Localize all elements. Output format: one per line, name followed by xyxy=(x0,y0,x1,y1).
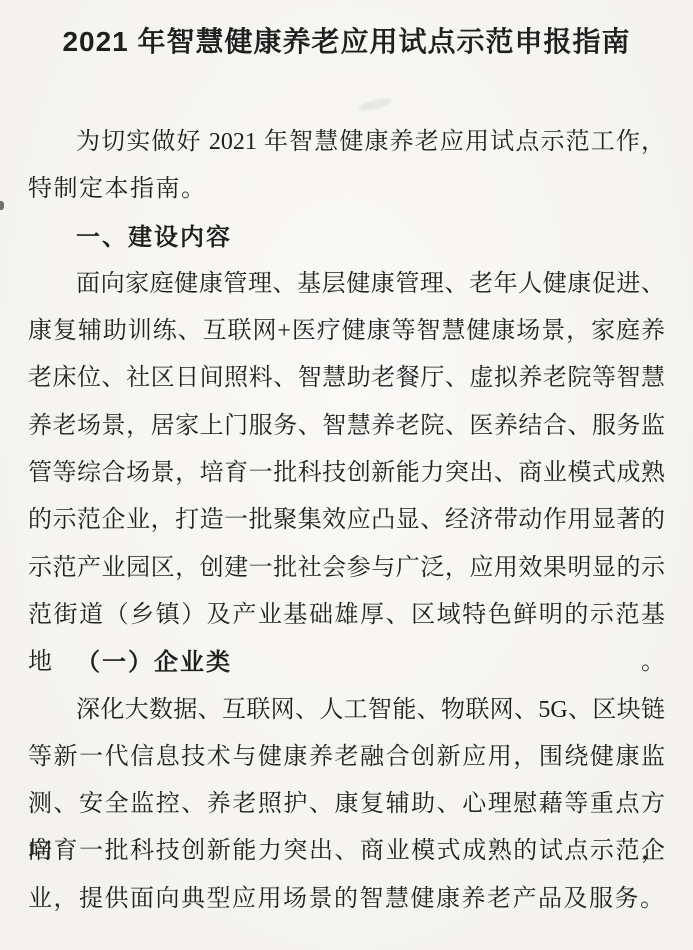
section-1-line-4: 养老场景，居家上门服务、智慧养老院、医养结合、服务监 xyxy=(28,403,665,450)
subsection-1-line-5: 业，提供面向典型应用场景的智慧健康养老产品及服务。 xyxy=(28,876,665,923)
section-1-line-5: 管等综合场景，培育一批科技创新能力突出、商业模式成熟 xyxy=(28,450,665,497)
section-1-heading: 一、建设内容 xyxy=(28,214,665,261)
scan-smudge-artifact xyxy=(357,96,392,113)
subsection-1-line-4: 培育一批科技创新能力突出、商业模式成熟的试点示范企 xyxy=(28,828,665,875)
section-1-line-6: 的示范企业，打造一批聚集效应凸显、经济带动作用显著的 xyxy=(28,497,665,544)
document-body: 为切实做好 2021 年智慧健康养老应用试点示范工作， 特制定本指南。 一、建设… xyxy=(28,119,665,923)
subsection-1-line-3: 测、安全监控、养老照护、康复辅助、心理慰藉等重点方向， xyxy=(28,781,665,828)
intro-line-1: 为切实做好 2021 年智慧健康养老应用试点示范工作， xyxy=(28,119,665,166)
subsection-1-line-1: 深化大数据、互联网、人工智能、物联网、5G、区块链 xyxy=(28,687,665,734)
section-1-line-7: 示范产业园区，创建一批社会参与广泛，应用效果明显的示 xyxy=(28,545,665,592)
section-1-line-2: 康复辅助训练、互联网+医疗健康等智慧健康场景，家庭养 xyxy=(28,308,665,355)
section-1-line-1: 面向家庭健康管理、基层健康管理、老年人健康促进、 xyxy=(28,261,665,308)
section-1-line-8: 范街道（乡镇）及产业基础雄厚、区域特色鲜明的示范基地。 xyxy=(28,592,665,639)
scan-edge-speck xyxy=(0,201,4,210)
intro-line-2: 特制定本指南。 xyxy=(28,166,665,213)
document-title: 2021 年智慧健康养老应用试点示范申报指南 xyxy=(0,0,693,62)
subsection-1-line-2: 等新一代信息技术与健康养老融合创新应用，围绕健康监 xyxy=(28,734,665,781)
scanned-document-page: 2021 年智慧健康养老应用试点示范申报指南 为切实做好 2021 年智慧健康养… xyxy=(0,0,693,950)
section-1-line-3: 老床位、社区日间照料、智慧助老餐厅、虚拟养老院等智慧 xyxy=(28,355,665,402)
